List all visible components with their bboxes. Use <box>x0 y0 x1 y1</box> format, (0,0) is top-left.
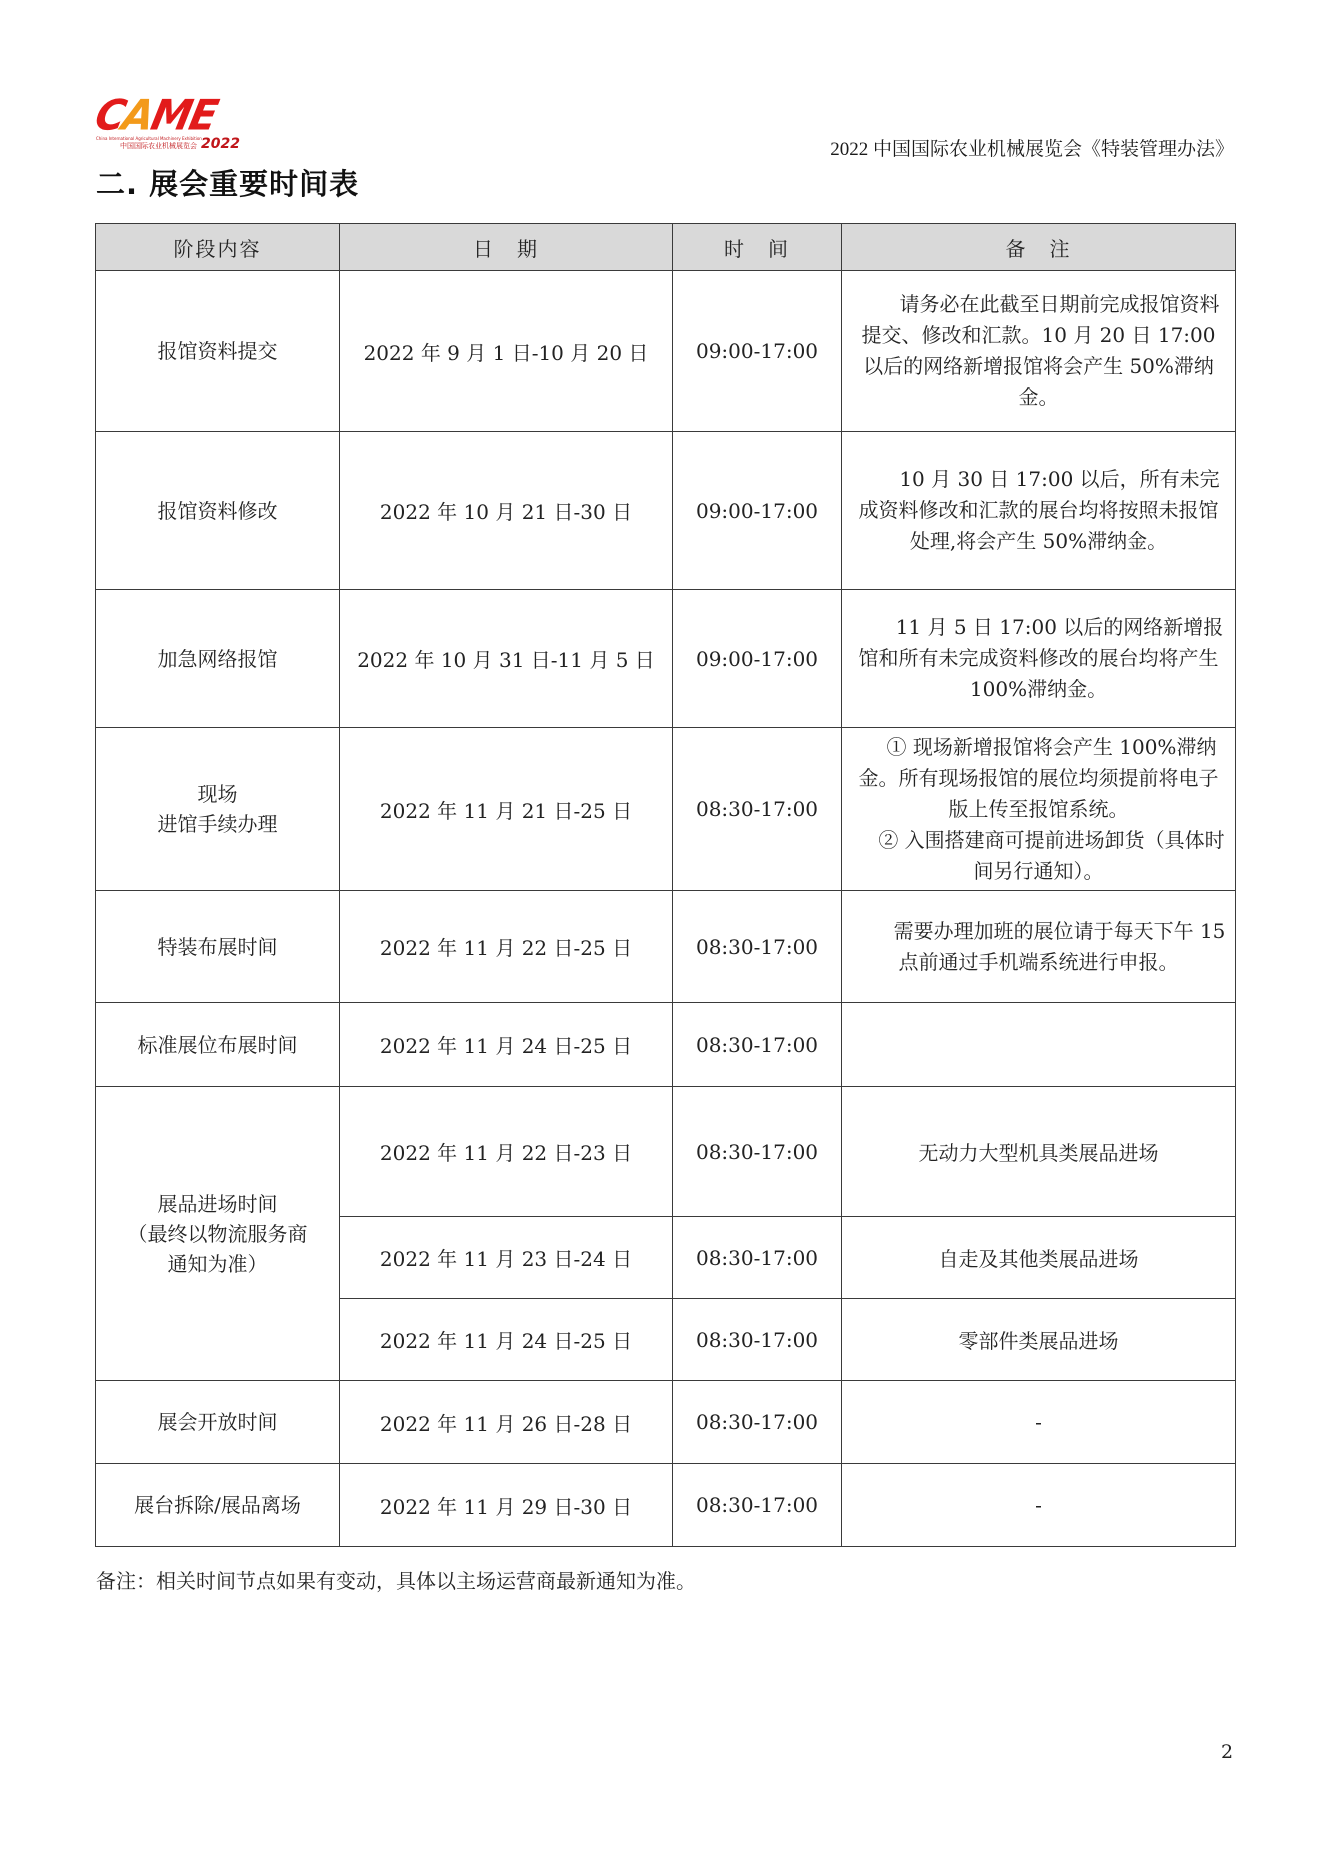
table-row: 展台拆除/展品离场 2022 年 11 月 29 日-30 日 08:30-17… <box>96 1464 1236 1547</box>
time-cell: 08:30-17:00 <box>673 1217 842 1299</box>
page-number: 2 <box>1221 1741 1233 1763</box>
logo-chinese-name: 中国国际农业机械展览会 <box>120 141 197 151</box>
stage-cell: 展品进场时间 （最终以物流服务商 通知为准） <box>96 1087 340 1381</box>
column-header-date: 日 期 <box>340 224 673 271</box>
time-cell: 09:00-17:00 <box>673 432 842 590</box>
table-row: 现场 进馆手续办理 2022 年 11 月 21 日-25 日 08:30-17… <box>96 728 1236 891</box>
table-row: 报馆资料提交 2022 年 9 月 1 日-10 月 20 日 09:00-17… <box>96 271 1236 432</box>
date-cell: 2022 年 11 月 24 日-25 日 <box>340 1003 673 1087</box>
time-cell: 09:00-17:00 <box>673 590 842 728</box>
note-cell: - <box>842 1381 1236 1464</box>
logo-english-name: China International Agricultural Machine… <box>96 136 202 141</box>
date-cell: 2022 年 11 月 26 日-28 日 <box>340 1381 673 1464</box>
table-row: 特装布展时间 2022 年 11 月 22 日-25 日 08:30-17:00… <box>96 891 1236 1003</box>
schedule-table: 阶段内容 日 期 时 间 备 注 报馆资料提交 2022 年 9 月 1 日-1… <box>95 223 1236 1547</box>
came-logo: C A M E China International Agricultural… <box>96 98 240 152</box>
table-header-row: 阶段内容 日 期 时 间 备 注 <box>96 224 1236 271</box>
footnote: 备注：相关时间节点如果有变动，具体以主场运营商最新通知为准。 <box>96 1565 696 1594</box>
date-cell: 2022 年 11 月 24 日-25 日 <box>340 1299 673 1381</box>
section-title: 二. 展会重要时间表 <box>96 162 359 203</box>
column-header-time: 时 间 <box>673 224 842 271</box>
time-cell: 08:30-17:00 <box>673 1003 842 1087</box>
stage-cell: 报馆资料提交 <box>96 271 340 432</box>
note-cell: 请务必在此截至日期前完成报馆资料提交、修改和汇款。10 月 20 日 17:00… <box>842 271 1236 432</box>
table-row: 标准展位布展时间 2022 年 11 月 24 日-25 日 08:30-17:… <box>96 1003 1236 1087</box>
table-row: 展品进场时间 （最终以物流服务商 通知为准） 2022 年 11 月 22 日-… <box>96 1087 1236 1217</box>
note-item: ② 入围搭建商可提前进场卸货（具体时间另行通知）。 <box>850 825 1227 887</box>
note-cell: - <box>842 1464 1236 1547</box>
date-cell: 2022 年 11 月 29 日-30 日 <box>340 1464 673 1547</box>
date-cell: 2022 年 11 月 23 日-24 日 <box>340 1217 673 1299</box>
time-cell: 08:30-17:00 <box>673 1381 842 1464</box>
date-cell: 2022 年 11 月 21 日-25 日 <box>340 728 673 891</box>
date-cell: 2022 年 11 月 22 日-23 日 <box>340 1087 673 1217</box>
date-cell: 2022 年 9 月 1 日-10 月 20 日 <box>340 271 673 432</box>
time-cell: 08:30-17:00 <box>673 1464 842 1547</box>
stage-cell: 加急网络报馆 <box>96 590 340 728</box>
stage-cell: 标准展位布展时间 <box>96 1003 340 1087</box>
stage-cell: 展台拆除/展品离场 <box>96 1464 340 1547</box>
time-cell: 08:30-17:00 <box>673 891 842 1003</box>
table-row: 加急网络报馆 2022 年 10 月 31 日-11 月 5 日 09:00-1… <box>96 590 1236 728</box>
note-cell: 无动力大型机具类展品进场 <box>842 1087 1236 1217</box>
running-header: 2022 中国国际农业机械展览会《特装管理办法》 <box>830 134 1234 161</box>
note-cell <box>842 1003 1236 1087</box>
note-cell: 零部件类展品进场 <box>842 1299 1236 1381</box>
stage-cell: 现场 进馆手续办理 <box>96 728 340 891</box>
time-cell: 08:30-17:00 <box>673 1299 842 1381</box>
logo-wordmark: C A M E <box>96 98 240 134</box>
column-header-note: 备 注 <box>842 224 1236 271</box>
table-row: 展会开放时间 2022 年 11 月 26 日-28 日 08:30-17:00… <box>96 1381 1236 1464</box>
stage-cell: 展会开放时间 <box>96 1381 340 1464</box>
note-cell: 11 月 5 日 17:00 以后的网络新增报馆和所有未完成资料修改的展台均将产… <box>842 590 1236 728</box>
time-cell: 08:30-17:00 <box>673 1087 842 1217</box>
date-cell: 2022 年 11 月 22 日-25 日 <box>340 891 673 1003</box>
note-cell: ① 现场新增报馆将会产生 100%滞纳金。所有现场报馆的展位均须提前将电子版上传… <box>842 728 1236 891</box>
column-header-stage: 阶段内容 <box>96 224 340 271</box>
note-cell: 自走及其他类展品进场 <box>842 1217 1236 1299</box>
stage-cell: 特装布展时间 <box>96 891 340 1003</box>
date-cell: 2022 年 10 月 21 日-30 日 <box>340 432 673 590</box>
date-cell: 2022 年 10 月 31 日-11 月 5 日 <box>340 590 673 728</box>
time-cell: 08:30-17:00 <box>673 728 842 891</box>
time-cell: 09:00-17:00 <box>673 271 842 432</box>
note-cell: 10 月 30 日 17:00 以后，所有未完成资料修改和汇款的展台均将按照未报… <box>842 432 1236 590</box>
note-item: ① 现场新增报馆将会产生 100%滞纳金。所有现场报馆的展位均须提前将电子版上传… <box>850 732 1227 825</box>
stage-cell: 报馆资料修改 <box>96 432 340 590</box>
table-row: 报馆资料修改 2022 年 10 月 21 日-30 日 09:00-17:00… <box>96 432 1236 590</box>
note-cell: 需要办理加班的展位请于每天下午 15 点前通过手机端系统进行申报。 <box>842 891 1236 1003</box>
